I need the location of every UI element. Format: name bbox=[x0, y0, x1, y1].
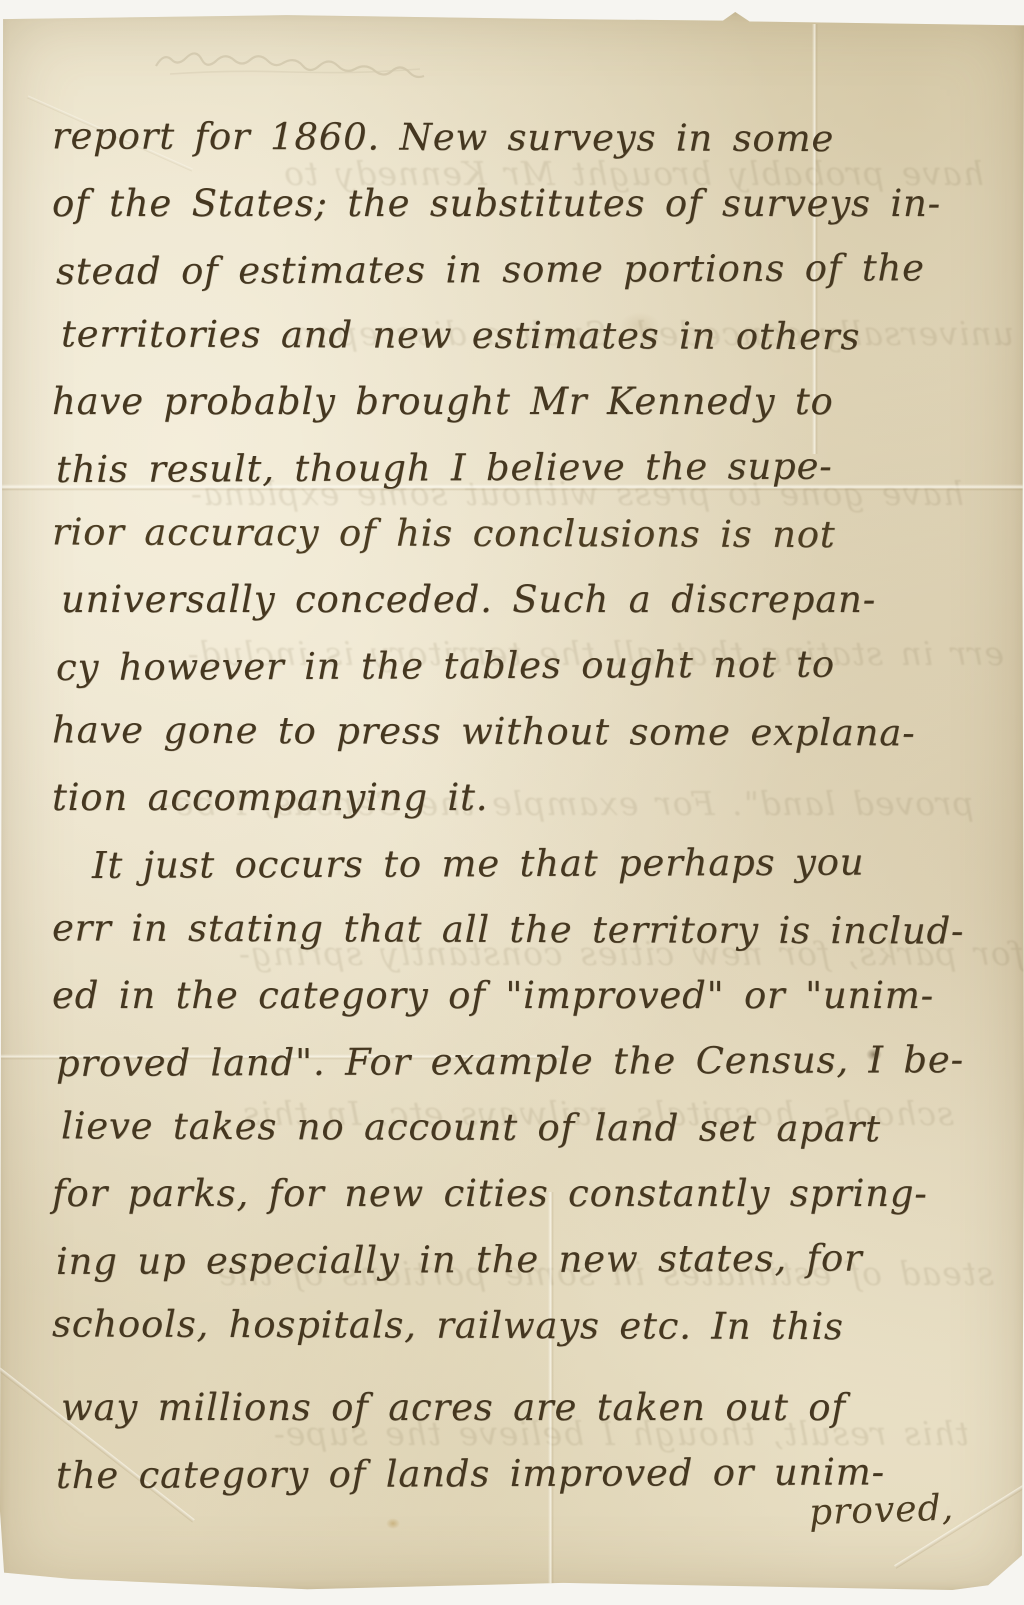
letter-line: report for 1860. New surveys in some bbox=[52, 106, 982, 175]
scanned-letter-frame: have probably brought Mr Kennedy to univ… bbox=[0, 0, 1024, 1605]
letter-line: of the States; the substitutes of survey… bbox=[52, 174, 982, 240]
letter-line: lieve takes no account of land set apart bbox=[61, 1096, 982, 1165]
letter-line: rior accuracy of his conclusions is not bbox=[52, 502, 982, 571]
letter-page: have probably brought Mr Kennedy to univ… bbox=[0, 12, 1024, 1590]
letter-line: proved land". For example the Census, I … bbox=[56, 1030, 982, 1100]
letter-line: schools, hospitals, railways etc. In thi… bbox=[52, 1294, 982, 1363]
letter-text: report for 1860. New surveys in some of … bbox=[52, 108, 982, 1510]
faint-pencil-inscription bbox=[150, 38, 440, 80]
letter-line: this result, though I believe the supe- bbox=[56, 436, 982, 506]
letter-line: have probably brought Mr Kennedy to bbox=[52, 372, 982, 438]
letter-line: territories and new estimates in others bbox=[61, 304, 982, 373]
letter-line: err in stating that all the territory is… bbox=[52, 898, 982, 967]
letter-line: way millions of acres are taken out of bbox=[61, 1378, 982, 1444]
letter-line: stead of estimates in some portions of t… bbox=[56, 238, 982, 308]
foxing-spot bbox=[386, 1518, 400, 1529]
letter-line: universally conceded. Such a discrepan- bbox=[61, 570, 982, 636]
letter-line: cy however in the tables ought not to bbox=[56, 634, 982, 704]
letter-line: It just occurs to me that perhaps you bbox=[92, 832, 982, 902]
letter-line: ing up especially in the new states, for bbox=[56, 1228, 982, 1298]
letter-line: have gone to press without some explana- bbox=[52, 700, 982, 769]
catchword: proved, bbox=[808, 1487, 954, 1533]
letter-line: ed in the category of "improved" or "uni… bbox=[52, 966, 982, 1032]
letter-line: tion accompanying it. bbox=[52, 768, 982, 834]
letter-line: for parks, for new cities constantly spr… bbox=[52, 1164, 982, 1230]
